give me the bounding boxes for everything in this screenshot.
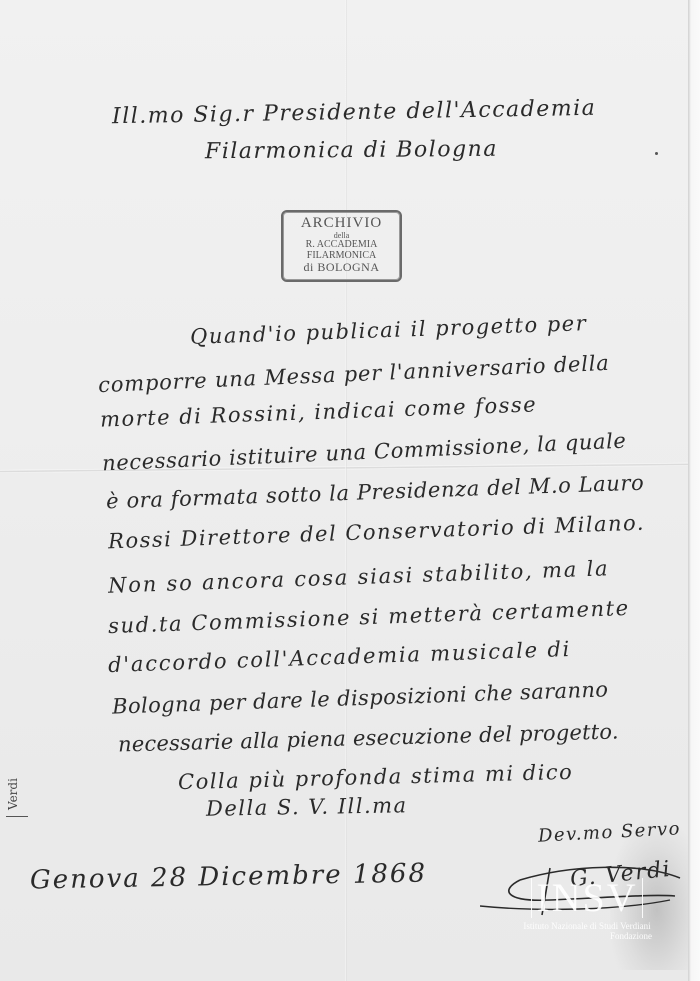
body-line-12: Colla più profonda stima mi dico: [178, 760, 574, 794]
body-line-7: Non so ancora cosa siasi stabilito, ma l…: [108, 556, 610, 597]
stamp-line-1: ARCHIVIO: [283, 216, 400, 232]
letter-page: Ill.mo Sig.r Presidente dell'Accademia F…: [0, 0, 688, 981]
body-line-1: Quand'io publicai il progetto per: [190, 311, 588, 349]
address-line-2: Filarmonica di Bologna: [205, 137, 498, 165]
closing-line: Della S. V. Ill.ma: [206, 793, 408, 821]
body-line-3: morte di Rossini, indicai come fosse: [100, 392, 538, 431]
signature-flourish-icon: [480, 860, 690, 920]
body-line-5: è ora formata sotto la Presidenza del M.…: [106, 471, 645, 514]
body-line-10: Bologna per dare le disposizioni che sar…: [112, 677, 609, 718]
stamp-line-3: R. ACCADEMIA FILARMONICA: [283, 240, 400, 261]
body-line-8: sud.ta Commissione si metterà certamente: [108, 596, 630, 638]
ink-speck: [655, 152, 658, 155]
archive-stamp: ARCHIVIO della R. ACCADEMIA FILARMONICA …: [281, 210, 402, 282]
body-line-11: necessarie alla piena esecuzione del pro…: [118, 719, 619, 756]
page-edge: [688, 0, 700, 981]
stamp-line-4: di BOLOGNA: [283, 261, 400, 274]
place-date: Genova 28 Dicembre 1868: [30, 859, 427, 896]
address-line-1: Ill.mo Sig.r Presidente dell'Accademia: [112, 96, 597, 129]
body-line-6: Rossi Direttore del Conservatorio di Mil…: [108, 511, 646, 554]
body-line-9: d'accordo coll'Accademia musicale di: [108, 637, 572, 677]
margin-note: Verdi: [6, 772, 28, 817]
body-line-2: comporre una Messa per l'anniversario de…: [98, 351, 610, 397]
